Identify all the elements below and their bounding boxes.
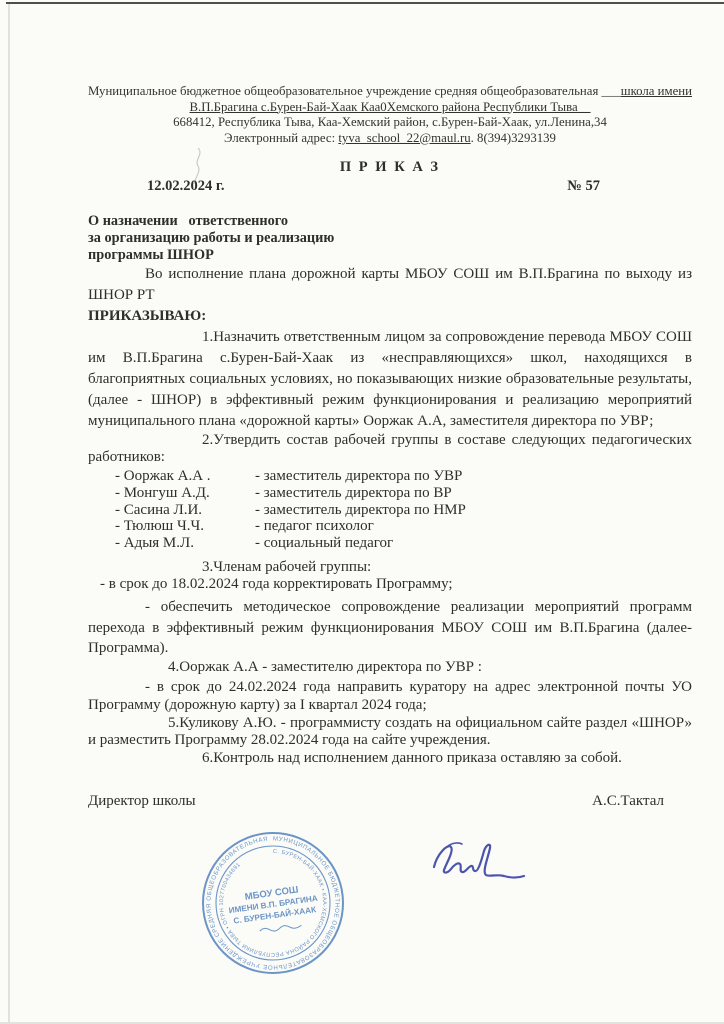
item-3-bullet-2: - обеспечить методическое сопровождение …: [88, 597, 692, 659]
letterhead-line1-underlined: школа имени: [621, 84, 692, 98]
member-name: - Сасина Л.И.: [115, 502, 255, 519]
order-item-1: 1.Назначить ответственным лицом за сопро…: [88, 327, 692, 432]
member-row: - Сасина Л.И. - заместитель директора по…: [88, 502, 692, 519]
member-name: - Тюлюш Ч.Ч.: [115, 518, 255, 535]
scan-left-edge: [8, 4, 10, 1024]
item-1-number: 1.: [145, 327, 213, 348]
letterhead-line1: Муниципальное бюджетное общеобразователь…: [88, 84, 602, 98]
item-6-text: Контроль над исполнением данного приказа…: [213, 750, 622, 766]
order-item-2: 2.Утвердить состав рабочей группы в сост…: [88, 432, 692, 466]
member-name: - Монгуш А.Д.: [115, 485, 255, 502]
member-row: - Адыя М.Л. - социальный педагог: [88, 535, 692, 552]
letterhead-line2: В.П.Брагина с.Бурен-Бай-Хаак Каа0Хемског…: [190, 100, 591, 114]
order-item-5: 5.Куликову А.Ю. - программисту создать н…: [88, 715, 692, 750]
working-group-list: - Ооржак А.А . - заместитель директора п…: [88, 468, 692, 551]
signature-row: Директор школы А.С.Тактал: [88, 793, 692, 810]
order-heading: П Р И К А З: [88, 159, 692, 176]
decree-word: ПРИКАЗЫВАЮ:: [88, 306, 692, 327]
order-item-6: 6.Контроль над исполнением данного прика…: [88, 750, 692, 767]
scan-top-edge: [6, 2, 724, 4]
item-6-number: 6.: [145, 750, 213, 767]
member-role: - заместитель директора по ВР: [255, 485, 452, 502]
order-number: № 57: [567, 178, 600, 195]
school-stamp: МУНИЦИПАЛЬНОЕ БЮДЖЕТНОЕ ОБЩЕОБРАЗОВАТЕЛЬ…: [198, 828, 348, 978]
member-row: - Монгуш А.Д. - заместитель директора по…: [88, 485, 692, 502]
letterhead-email: tyva_school_22@maul.ru: [338, 131, 470, 145]
document-content: Муниципальное бюджетное общеобразователь…: [88, 84, 692, 810]
letterhead-line1-gap: ___: [602, 84, 621, 98]
member-row: - Тюлюш Ч.Ч. - педагог психолог: [88, 518, 692, 535]
member-role: - заместитель директора по УВР: [255, 468, 462, 485]
item-2-number: 2.: [145, 432, 213, 449]
item-4-text: Ооржак А.А - заместителю директора по УВ…: [179, 659, 482, 675]
order-date-row: 12.02.2024 г. № 57: [88, 178, 692, 195]
school-letterhead: Муниципальное бюджетное общеобразователь…: [88, 84, 692, 146]
item-5-text: Куликову А.Ю. - программисту создать на …: [88, 715, 692, 749]
member-role: - социальный педагог: [255, 535, 393, 552]
order-item-3: 3.Членам рабочей группы:: [88, 559, 692, 576]
item-3-text: Членам рабочей группы:: [213, 559, 371, 575]
item-4-number: 4.: [128, 659, 179, 676]
item-5-number: 5.: [128, 715, 179, 733]
intro-paragraph: Во исполнение плана дорожной карты МБОУ …: [88, 264, 692, 306]
letterhead-email-prefix: Электронный адрес:: [224, 131, 338, 145]
signature-label: Директор школы: [88, 793, 196, 810]
order-subject: О назначении ответственного за организац…: [88, 213, 692, 264]
order-date: 12.02.2024 г.: [147, 178, 224, 195]
item-3-bullet-1: - в срок до 18.02.2024 года корректирова…: [88, 576, 692, 593]
member-name: - Адыя М.Л.: [115, 535, 255, 552]
member-role: - заместитель директора по НМР: [255, 502, 466, 519]
item-4-bullet-1: - в срок до 24.02.2024 года направить ку…: [88, 678, 692, 715]
letterhead-address: 668412, Республика Тыва, Каа-Хемский рай…: [173, 115, 607, 129]
order-item-4: 4.Ооржак А.А - заместителю директора по …: [88, 659, 692, 676]
scanned-document-page: Муниципальное бюджетное общеобразователь…: [0, 0, 724, 1024]
item-3-number: 3.: [145, 559, 213, 576]
director-signature-ink: [418, 834, 533, 894]
director-name: А.С.Тактал: [592, 793, 692, 810]
letterhead-phone: . 8(394)3293139: [471, 131, 556, 145]
member-row: - Ооржак А.А . - заместитель директора п…: [88, 468, 692, 485]
stamp-center-squiggle: [260, 923, 302, 933]
member-name: - Ооржак А.А .: [115, 468, 255, 485]
member-role: - педагог психолог: [255, 518, 374, 535]
